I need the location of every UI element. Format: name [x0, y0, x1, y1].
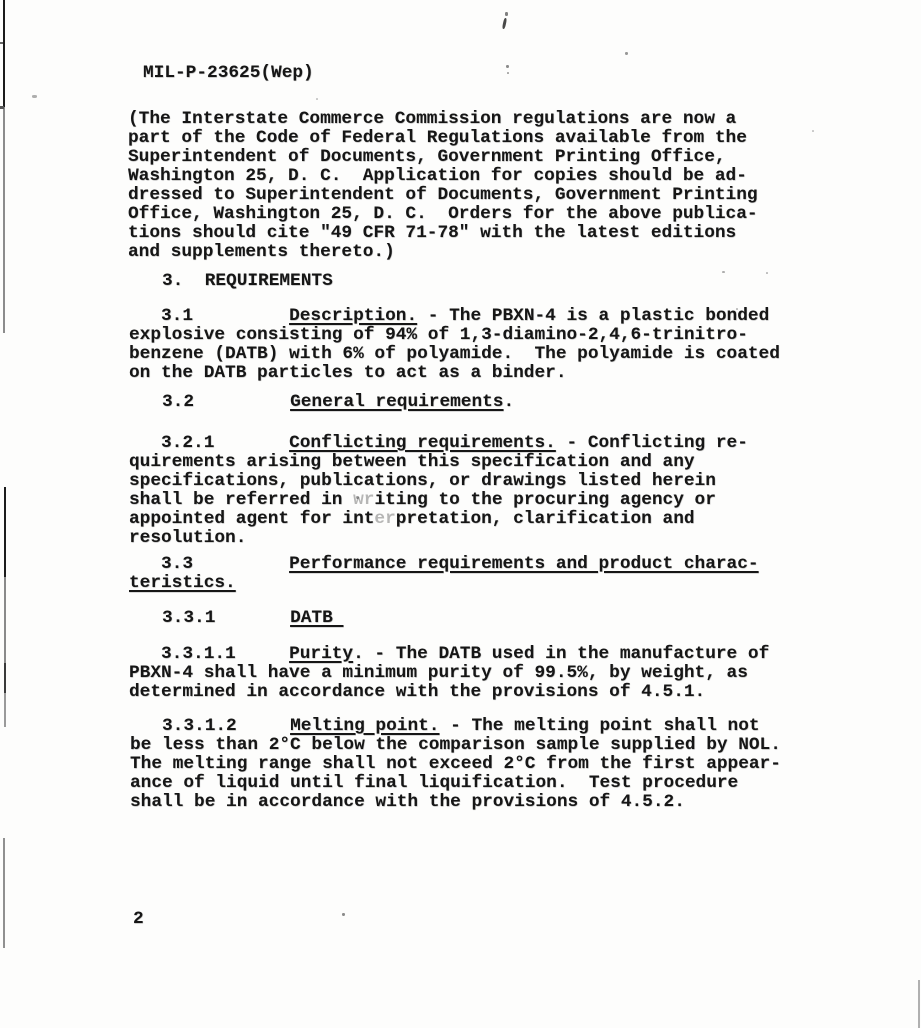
heading-3-requirements: 3. REQUIREMENTS — [130, 272, 333, 291]
scan-speckle — [506, 65, 509, 68]
scan-speckle — [625, 52, 628, 55]
scan-edge-artifact — [4, 577, 6, 663]
paragraph-3-3-1-1-purity: 3.3.1.1 Purity. - The DATB used in the m… — [129, 645, 769, 702]
doc-number: MIL-P-23625(Wep) — [143, 64, 314, 83]
scan-edge-artifact — [918, 980, 920, 1028]
text-run: (The Interstate Commerce Commission regu… — [128, 109, 758, 262]
text-run: 3.2.1 — [129, 433, 289, 453]
scan-edge-artifact — [3, 0, 5, 107]
underlined-text-run: General requirements — [290, 392, 503, 412]
scan-speckle — [316, 98, 318, 100]
text-run: . — [503, 392, 514, 412]
underlined-text-run: Performance requirements and product cha… — [289, 554, 759, 574]
scan-edge-artifact — [3, 838, 5, 948]
text-run: 3.2 — [130, 392, 290, 412]
scan-speckle — [812, 130, 814, 132]
underlined-text-run: Purity — [289, 644, 353, 664]
text-run: 3.3 — [129, 554, 289, 574]
faded-text-run: er — [374, 509, 395, 529]
underlined-text-run: Melting point. — [290, 716, 439, 736]
underlined-text-run: Conflicting requirements. — [289, 433, 556, 453]
underlined-text-run: teristics. — [129, 573, 236, 593]
scan-edge-artifact — [0, 42, 3, 44]
text-run: 3. REQUIREMENTS — [130, 271, 333, 291]
scan-edge-artifact — [3, 107, 5, 333]
heading-3-3-performance-requirements: 3.3 Performance requirements and product… — [129, 555, 759, 593]
scan-speckle — [766, 272, 768, 274]
scan-speckle — [507, 72, 509, 74]
heading-3-2-general-requirements: 3.2 General requirements. — [130, 393, 514, 412]
text-run: 3.3.1.1 — [129, 644, 289, 664]
scan-edge-artifact — [4, 663, 6, 693]
scan-speckle — [584, 334, 586, 336]
scan-speckle — [502, 18, 507, 29]
scan-edge-artifact — [4, 693, 6, 727]
paragraph-3-1-description: 3.1 Description. - The PBXN-4 is a plast… — [129, 307, 780, 383]
paragraph-icc-note: (The Interstate Commerce Commission regu… — [128, 110, 758, 262]
scan-speckle — [342, 913, 345, 916]
faded-text-run: wr — [353, 490, 374, 510]
text-run: 3.3.1 — [130, 608, 290, 628]
scan-speckle — [736, 308, 738, 310]
underlined-text-run: Description. — [289, 306, 417, 326]
scan-speckle — [505, 12, 508, 16]
scan-speckle — [722, 271, 725, 273]
text-run: 3.1 — [129, 306, 289, 326]
page: MIL-P-23625(Wep) 2 (The Interstate Comme… — [0, 0, 921, 1028]
scan-edge-artifact — [0, 106, 4, 109]
underlined-text-run: DATB — [290, 608, 343, 628]
scan-speckle — [356, 496, 359, 499]
paragraph-3-3-1-2-melting-point: 3.3.1.2 Melting point. - The melting poi… — [130, 717, 781, 812]
paragraph-3-2-1-conflicting-requirements: 3.2.1 Conflicting requirements. - Confli… — [129, 434, 748, 548]
page-number: 2 — [133, 910, 144, 929]
scan-speckle — [32, 95, 37, 98]
scan-edge-artifact — [4, 487, 6, 577]
text-run: 3.3.1.2 — [130, 716, 290, 736]
heading-3-3-1-datb: 3.3.1 DATB — [130, 609, 343, 628]
